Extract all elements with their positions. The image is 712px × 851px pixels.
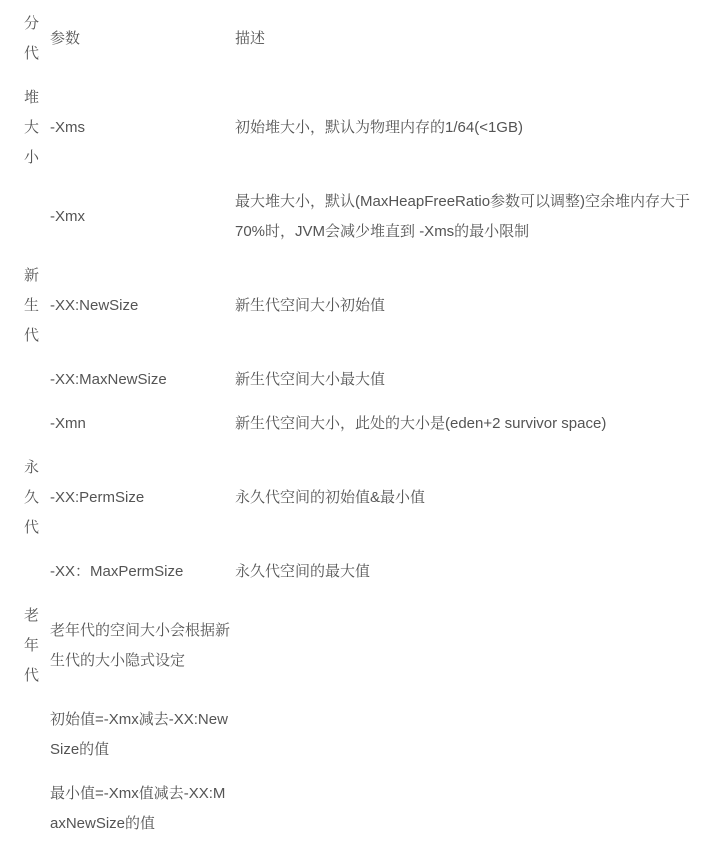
table-row: 老年代 老年代的空间大小会根据新生代的大小隐式设定 [24, 594, 692, 698]
header-param-label: 参数 [50, 2, 235, 76]
desc-cell: 新生代空间大小初始值 [235, 254, 692, 358]
param-cell: -Xmn [50, 402, 235, 446]
table-row: -Xmn 新生代空间大小，此处的大小是(eden+2 survivor spac… [24, 402, 692, 446]
desc-cell: 永久代空间的初始值&最小值 [235, 446, 692, 550]
table-body: 堆大小 -Xms 初始堆大小，默认为物理内存的1/64(<1GB) -Xmx 最… [24, 76, 692, 846]
header-generation-label: 分代 [24, 2, 50, 76]
desc-cell [235, 698, 692, 772]
table-head: 分代 参数 描述 [24, 2, 692, 76]
generation-cell [24, 180, 50, 254]
param-cell: -XX:NewSize [50, 254, 235, 358]
param-cell: -XX:PermSize [50, 446, 235, 550]
generation-cell: 老年代 [24, 594, 50, 698]
table-row: -XX:MaxNewSize 新生代空间大小最大值 [24, 358, 692, 402]
table-row: 新生代 -XX:NewSize 新生代空间大小初始值 [24, 254, 692, 358]
table-row: 最小值=-Xmx值减去-XX:MaxNewSize的值 [24, 772, 692, 846]
desc-cell [235, 594, 692, 698]
generation-cell: 永久代 [24, 446, 50, 550]
param-cell: -XX：MaxPermSize [50, 550, 235, 594]
param-cell: 初始值=-Xmx减去-XX:NewSize的值 [50, 698, 235, 772]
desc-cell: 初始堆大小，默认为物理内存的1/64(<1GB) [235, 76, 692, 180]
desc-cell: 新生代空间大小最大值 [235, 358, 692, 402]
header-row: 分代 参数 描述 [24, 2, 692, 76]
generation-cell [24, 358, 50, 402]
desc-cell: 新生代空间大小，此处的大小是(eden+2 survivor space) [235, 402, 692, 446]
generation-cell: 新生代 [24, 254, 50, 358]
desc-cell: 永久代空间的最大值 [235, 550, 692, 594]
table-row: -Xmx 最大堆大小，默认(MaxHeapFreeRatio参数可以调整)空余堆… [24, 180, 692, 254]
generation-cell [24, 550, 50, 594]
desc-cell: 最大堆大小，默认(MaxHeapFreeRatio参数可以调整)空余堆内存大于7… [235, 180, 692, 254]
param-cell: -XX:MaxNewSize [50, 358, 235, 402]
table-row: 堆大小 -Xms 初始堆大小，默认为物理内存的1/64(<1GB) [24, 76, 692, 180]
generation-cell [24, 772, 50, 846]
generation-cell: 堆大小 [24, 76, 50, 180]
param-cell: -Xmx [50, 180, 235, 254]
generation-cell [24, 698, 50, 772]
param-cell: 老年代的空间大小会根据新生代的大小隐式设定 [50, 594, 235, 698]
header-desc-label: 描述 [235, 2, 692, 76]
table-row: 初始值=-Xmx减去-XX:NewSize的值 [24, 698, 692, 772]
param-cell: -Xms [50, 76, 235, 180]
jvm-param-table: 分代 参数 描述 堆大小 -Xms 初始堆大小，默认为物理内存的1/64(<1G… [24, 2, 692, 846]
desc-cell [235, 772, 692, 846]
document-container: 分代 参数 描述 堆大小 -Xms 初始堆大小，默认为物理内存的1/64(<1G… [0, 0, 712, 846]
param-cell: 最小值=-Xmx值减去-XX:MaxNewSize的值 [50, 772, 235, 846]
table-row: 永久代 -XX:PermSize 永久代空间的初始值&最小值 [24, 446, 692, 550]
generation-cell [24, 402, 50, 446]
table-row: -XX：MaxPermSize 永久代空间的最大值 [24, 550, 692, 594]
page-root: { "colors": { "text": "#545454", "backgr… [0, 0, 712, 851]
